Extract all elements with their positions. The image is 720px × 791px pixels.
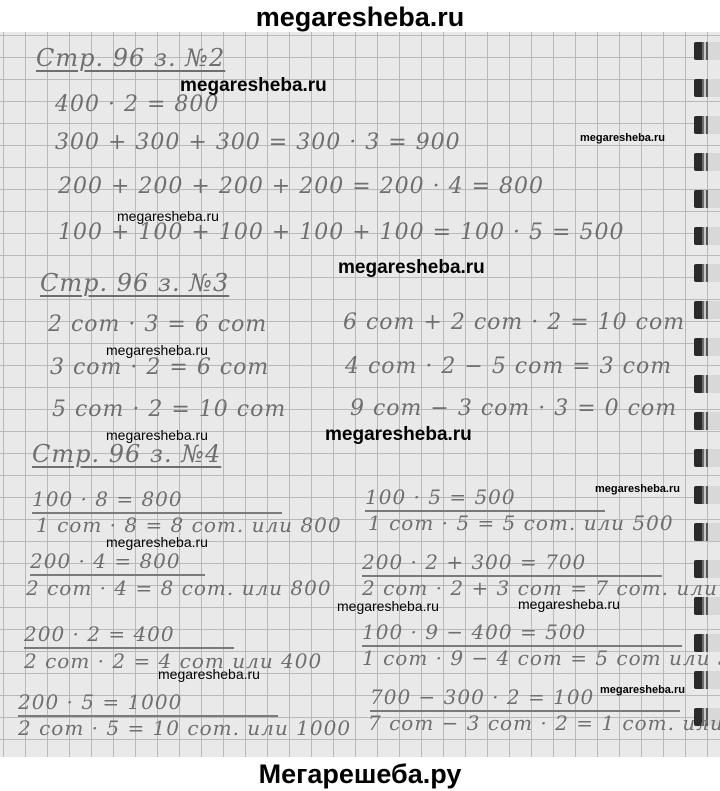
task3-right-line: 6 сот + 2 сот · 2 = 10 сот (343, 310, 685, 335)
task3-right-line: 9 сот − 3 сот · 3 = 0 сот (350, 396, 677, 421)
task4-left-top: 100 · 8 = 800 (32, 487, 282, 514)
task2-line: 300 + 300 + 300 = 300 · 3 = 900 (55, 130, 461, 155)
task4-left-top: 200 · 4 = 800 (30, 549, 205, 576)
spiral-ring-icon (694, 264, 720, 282)
task4-right-top: 200 · 2 + 300 = 700 (362, 550, 662, 577)
spiral-ring-icon (694, 227, 720, 245)
watermark: megaresheba.ru (518, 596, 620, 612)
watermark: megaresheba.ru (180, 75, 327, 97)
task4-left-top: 200 · 5 = 1000 (18, 690, 278, 717)
site-footer-title: Мегарешеба.ру (0, 757, 720, 791)
spiral-ring-icon (694, 523, 720, 541)
task3-left-line: 2 сот · 3 = 6 сот (48, 312, 267, 337)
task3-left-line: 5 сот · 2 = 10 сот (52, 397, 286, 422)
spiral-ring-icon (694, 42, 720, 60)
watermark: megaresheba.ru (158, 666, 260, 682)
task4-right-bottom: 1 сот · 5 = 5 сот. или 500 (368, 511, 674, 535)
spiral-ring-icon (694, 671, 720, 689)
task4-right-bottom: 7 сот − 3 сот · 2 = 1 сот. или 100 (368, 711, 720, 735)
spiral-ring-icon (694, 412, 720, 430)
watermark: megaresheba.ru (595, 483, 680, 495)
watermark: megaresheba.ru (338, 257, 485, 279)
spiral-ring-icon (694, 449, 720, 467)
task4-left-top: 200 · 2 = 400 (24, 622, 234, 649)
spiral-ring-icon (694, 153, 720, 171)
spiral-ring-icon (694, 375, 720, 393)
spiral-ring-icon (694, 79, 720, 97)
task4-left-bottom: 2 сот · 4 = 8 сот. или 800 (26, 576, 332, 600)
task2-line: 200 + 200 + 200 + 200 = 200 · 4 = 800 (58, 174, 544, 199)
spiral-ring-icon (694, 116, 720, 134)
task3-right-line: 4 сот · 2 − 5 сот = 3 сот (345, 354, 672, 379)
spiral-ring-icon (694, 486, 720, 504)
watermark: megaresheba.ru (325, 424, 472, 446)
spiral-ring-icon (694, 190, 720, 208)
task4-heading: Стр. 96 з. №4 (32, 440, 221, 468)
watermark: megaresheba.ru (117, 208, 219, 224)
task4-right-bottom: 1 сот · 9 − 4 сот = 5 сот или 500 (362, 646, 720, 670)
spiral-ring-icon (694, 301, 720, 319)
task4-right-top: 100 · 9 − 400 = 500 (362, 620, 682, 647)
watermark: megaresheba.ru (600, 684, 685, 696)
watermark: megaresheba.ru (106, 534, 208, 550)
spiral-ring-icon (694, 338, 720, 356)
task3-left-line: 3 сот · 2 = 6 сот (50, 355, 269, 380)
site-header-title: megaresheba.ru (0, 2, 720, 32)
task2-heading: Стр. 96 з. №2 (36, 44, 225, 72)
watermark: megaresheba.ru (337, 598, 439, 614)
task3-heading: Стр. 96 з. №3 (40, 269, 229, 297)
task4-left-bottom: 2 сот · 5 = 10 сот. или 1000 (18, 716, 351, 740)
task4-right-top: 100 · 5 = 500 (365, 485, 605, 512)
notebook-page: Стр. 96 з. №2 400 · 2 = 800 300 + 300 + … (0, 32, 720, 757)
watermark: megaresheba.ru (580, 132, 665, 144)
watermark: megaresheba.ru (106, 427, 208, 443)
watermark: megaresheba.ru (106, 342, 208, 358)
